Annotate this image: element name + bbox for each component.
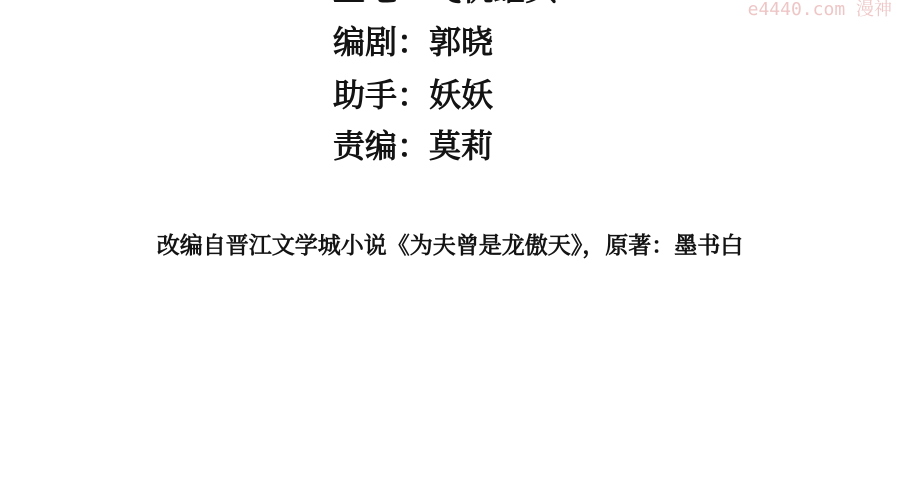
credit-line-editor: 责编：莫莉 — [333, 130, 493, 162]
credit-line-artist-clipped: 主笔：飞机罐头 — [333, 0, 557, 5]
comic-credits-page: e4440.com 漫神 主笔：飞机罐头 编剧：郭晓 助手：妖妖 责编：莫莉 改… — [0, 0, 900, 495]
credit-line-screenwriter: 编剧：郭晓 — [333, 26, 493, 58]
site-watermark: e4440.com 漫神 — [748, 1, 892, 20]
credit-line-assistant: 助手：妖妖 — [333, 79, 493, 111]
adaptation-source-note: 改编自晋江文学城小说《为夫曾是龙傲天》，原著：墨书白 — [0, 233, 900, 258]
